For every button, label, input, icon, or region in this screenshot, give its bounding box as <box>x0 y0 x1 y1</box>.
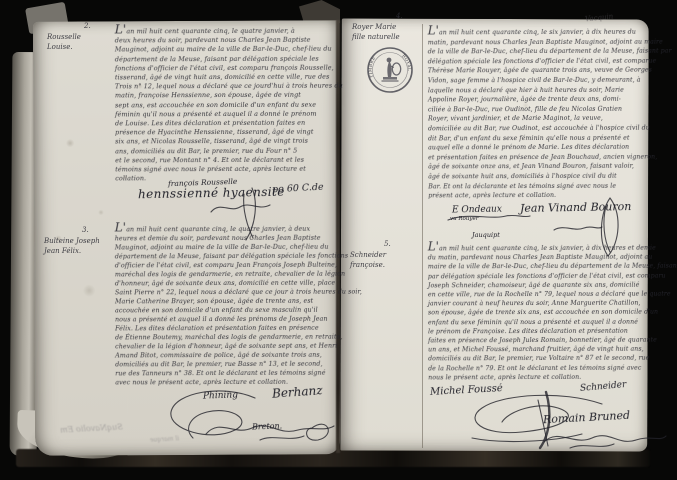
handwritten-line: auquel elle a donné le prénom de Marie. … <box>428 143 646 153</box>
handwritten-line: françoise. <box>350 260 386 270</box>
entry-5-body-text: L'an mil huit cent quarante cinq, le six… <box>428 244 646 383</box>
handwritten-line: Rousselle <box>47 32 81 42</box>
handwritten-line: Vidon, sage femme à l'hospice civil de B… <box>428 76 646 86</box>
signature-loop-flourish <box>200 414 340 448</box>
handwritten-line: son épouse, âgée de trente six ans, est … <box>428 308 646 318</box>
signature-loop-flourish <box>540 426 670 454</box>
stamp-figure-body <box>387 62 391 77</box>
handwritten-line: rue des Tanneurs n° 38. Et ont le déclar… <box>115 369 336 379</box>
stamp-shield <box>392 63 400 75</box>
handwritten-line: fille naturelle <box>352 32 400 42</box>
handwritten-line: ciliée à Bar-le-Duc, rue Oudinot, fille … <box>428 104 646 114</box>
entry-3-number: 3. <box>82 226 89 234</box>
stamp-word-right: ROYAL <box>401 53 412 71</box>
entry-4-body-text: L'an mil huit cent quarante cinq, le six… <box>428 28 647 201</box>
handwritten-line: de la ville de Bar-le-Duc, chef-lieu du … <box>428 47 646 57</box>
handwritten-line: Appoline Royer, journalière, âgée de tre… <box>428 95 646 105</box>
signature-squiggle-flourish <box>552 222 604 234</box>
entry-3-body-text: L'an mil huit cent quarante cinq, le qua… <box>115 225 337 388</box>
handwritten-line: témoins signé avec nous le présent acte,… <box>115 165 336 175</box>
entry-2-margin-name: RousselleLouise. <box>47 32 81 52</box>
entry-4-number: 4. <box>396 12 403 20</box>
handwritten-line: Bar. Et ont la déclarante et les témoins… <box>428 181 646 191</box>
scanned-register-spread: 2. RousselleLouise. L'an mil huit cent q… <box>0 0 677 480</box>
signature-underline-flourish <box>446 212 532 224</box>
entry-5-margin-name: Schneiderfrançoise. <box>350 250 386 270</box>
handwritten-line: six ans, et Nicolas Rousselle, tisserand… <box>115 137 336 147</box>
handwritten-line: enfant du sexe féminin qu'il nous a prés… <box>428 317 646 327</box>
handwritten-line: Royer Marie <box>352 22 400 32</box>
handwritten-line: domiciliée au dit Bar, rue Oudinot, est … <box>428 124 646 134</box>
handwritten-line: de la Rochelle n° 79. Et ont le déclaran… <box>428 363 646 373</box>
handwritten-line: Schneider <box>350 250 386 260</box>
handwritten-line: département de la Meuse, faisant par dél… <box>115 54 336 64</box>
handwritten-line: Louise. <box>47 42 81 52</box>
handwritten-line: Mauginot, adjoint au maire de la ville d… <box>115 45 336 55</box>
handwritten-line: Trois n° 12, lequel nous a déclaré que c… <box>115 82 336 92</box>
right-page-margin-rule <box>422 24 423 448</box>
signature-jauquipt: Jauquipt <box>472 231 500 239</box>
stamp-figure-head <box>387 58 392 63</box>
svg-text:ROYAL: ROYAL <box>401 53 412 71</box>
handwritten-line: Bulteine Joseph <box>44 236 100 246</box>
handwritten-line: L'an mil huit cent quarante cinq, le six… <box>428 28 646 38</box>
royal-stamp: TIMBRE ROYAL <box>365 44 415 96</box>
entry-4-margin-name: Royer Mariefille naturelle <box>352 22 400 42</box>
entry-2-number: 2. <box>84 22 91 30</box>
handwritten-line: maire de la ville de Bar-le-Duc, chef-li… <box>428 262 646 272</box>
handwritten-line: sept ans, est accouchée en son domicile … <box>115 100 336 110</box>
handwritten-line: Jean Félix. <box>44 246 100 256</box>
entry-2-body-text: L'an mil huit cent quarante cinq, le qua… <box>115 27 337 184</box>
entry-5-number: 5. <box>384 240 391 248</box>
entry-3-margin-name: Bulteine JosephJean Félix. <box>44 236 100 256</box>
handwritten-line: domiciliés au dit Bar, le premier, rue V… <box>428 354 646 364</box>
handwritten-line: âgé de soixante huit ans, domiciliés à l… <box>428 172 646 182</box>
handwritten-line: par délégation spéciale les fonctions d'… <box>428 271 646 281</box>
